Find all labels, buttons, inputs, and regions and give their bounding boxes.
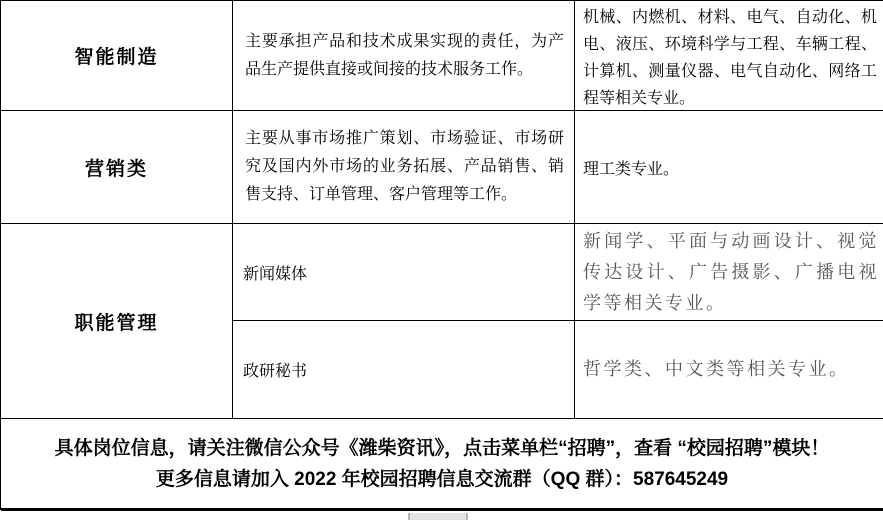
category-cell-functional-management: 职能管理 — [1, 224, 233, 419]
footer-note-line1: 具体岗位信息，请关注微信公众号《潍柴资讯》，点击菜单栏“招聘”，查看 “校园招聘… — [9, 433, 875, 464]
majors-cell-marketing: 理工类专业。 — [575, 111, 883, 224]
majors-cell-policy-research-secretary: 哲学类、中文类等相关专业。 — [575, 321, 883, 419]
majors-cell-intelligent-manufacturing: 机械、内燃机、材料、电气、自动化、机电、液压、环境科学与工程、车辆工程、计算机、… — [575, 1, 883, 111]
position-cell-policy-research-secretary: 政研秘书 — [233, 321, 575, 419]
category-cell-marketing: 营销类 — [1, 111, 233, 224]
description-cell-intelligent-manufacturing: 主要承担产品和技术成果实现的责任，为产品生产提供直接或间接的技术服务工作。 — [233, 1, 575, 111]
recruitment-table: 智能制造 主要承担产品和技术成果实现的责任，为产品生产提供直接或间接的技术服务工… — [0, 0, 883, 510]
footer-note: 具体岗位信息，请关注微信公众号《潍柴资讯》，点击菜单栏“招聘”，查看 “校园招聘… — [1, 419, 883, 511]
majors-cell-news-media: 新闻学、平面与动画设计、视觉传达设计、广告摄影、广播电视学等相关专业。 — [575, 224, 883, 321]
cutoff-page-fragment — [408, 513, 468, 520]
description-cell-marketing: 主要从事市场推广策划、市场验证、市场研究及国内外市场的业务拓展、产品销售、销售支… — [233, 111, 575, 224]
position-cell-news-media: 新闻媒体 — [233, 224, 575, 321]
category-cell-intelligent-manufacturing: 智能制造 — [1, 1, 233, 111]
footer-note-line2: 更多信息请加入 2022 年校园招聘信息交流群（QQ 群）：587645249 — [9, 464, 875, 495]
